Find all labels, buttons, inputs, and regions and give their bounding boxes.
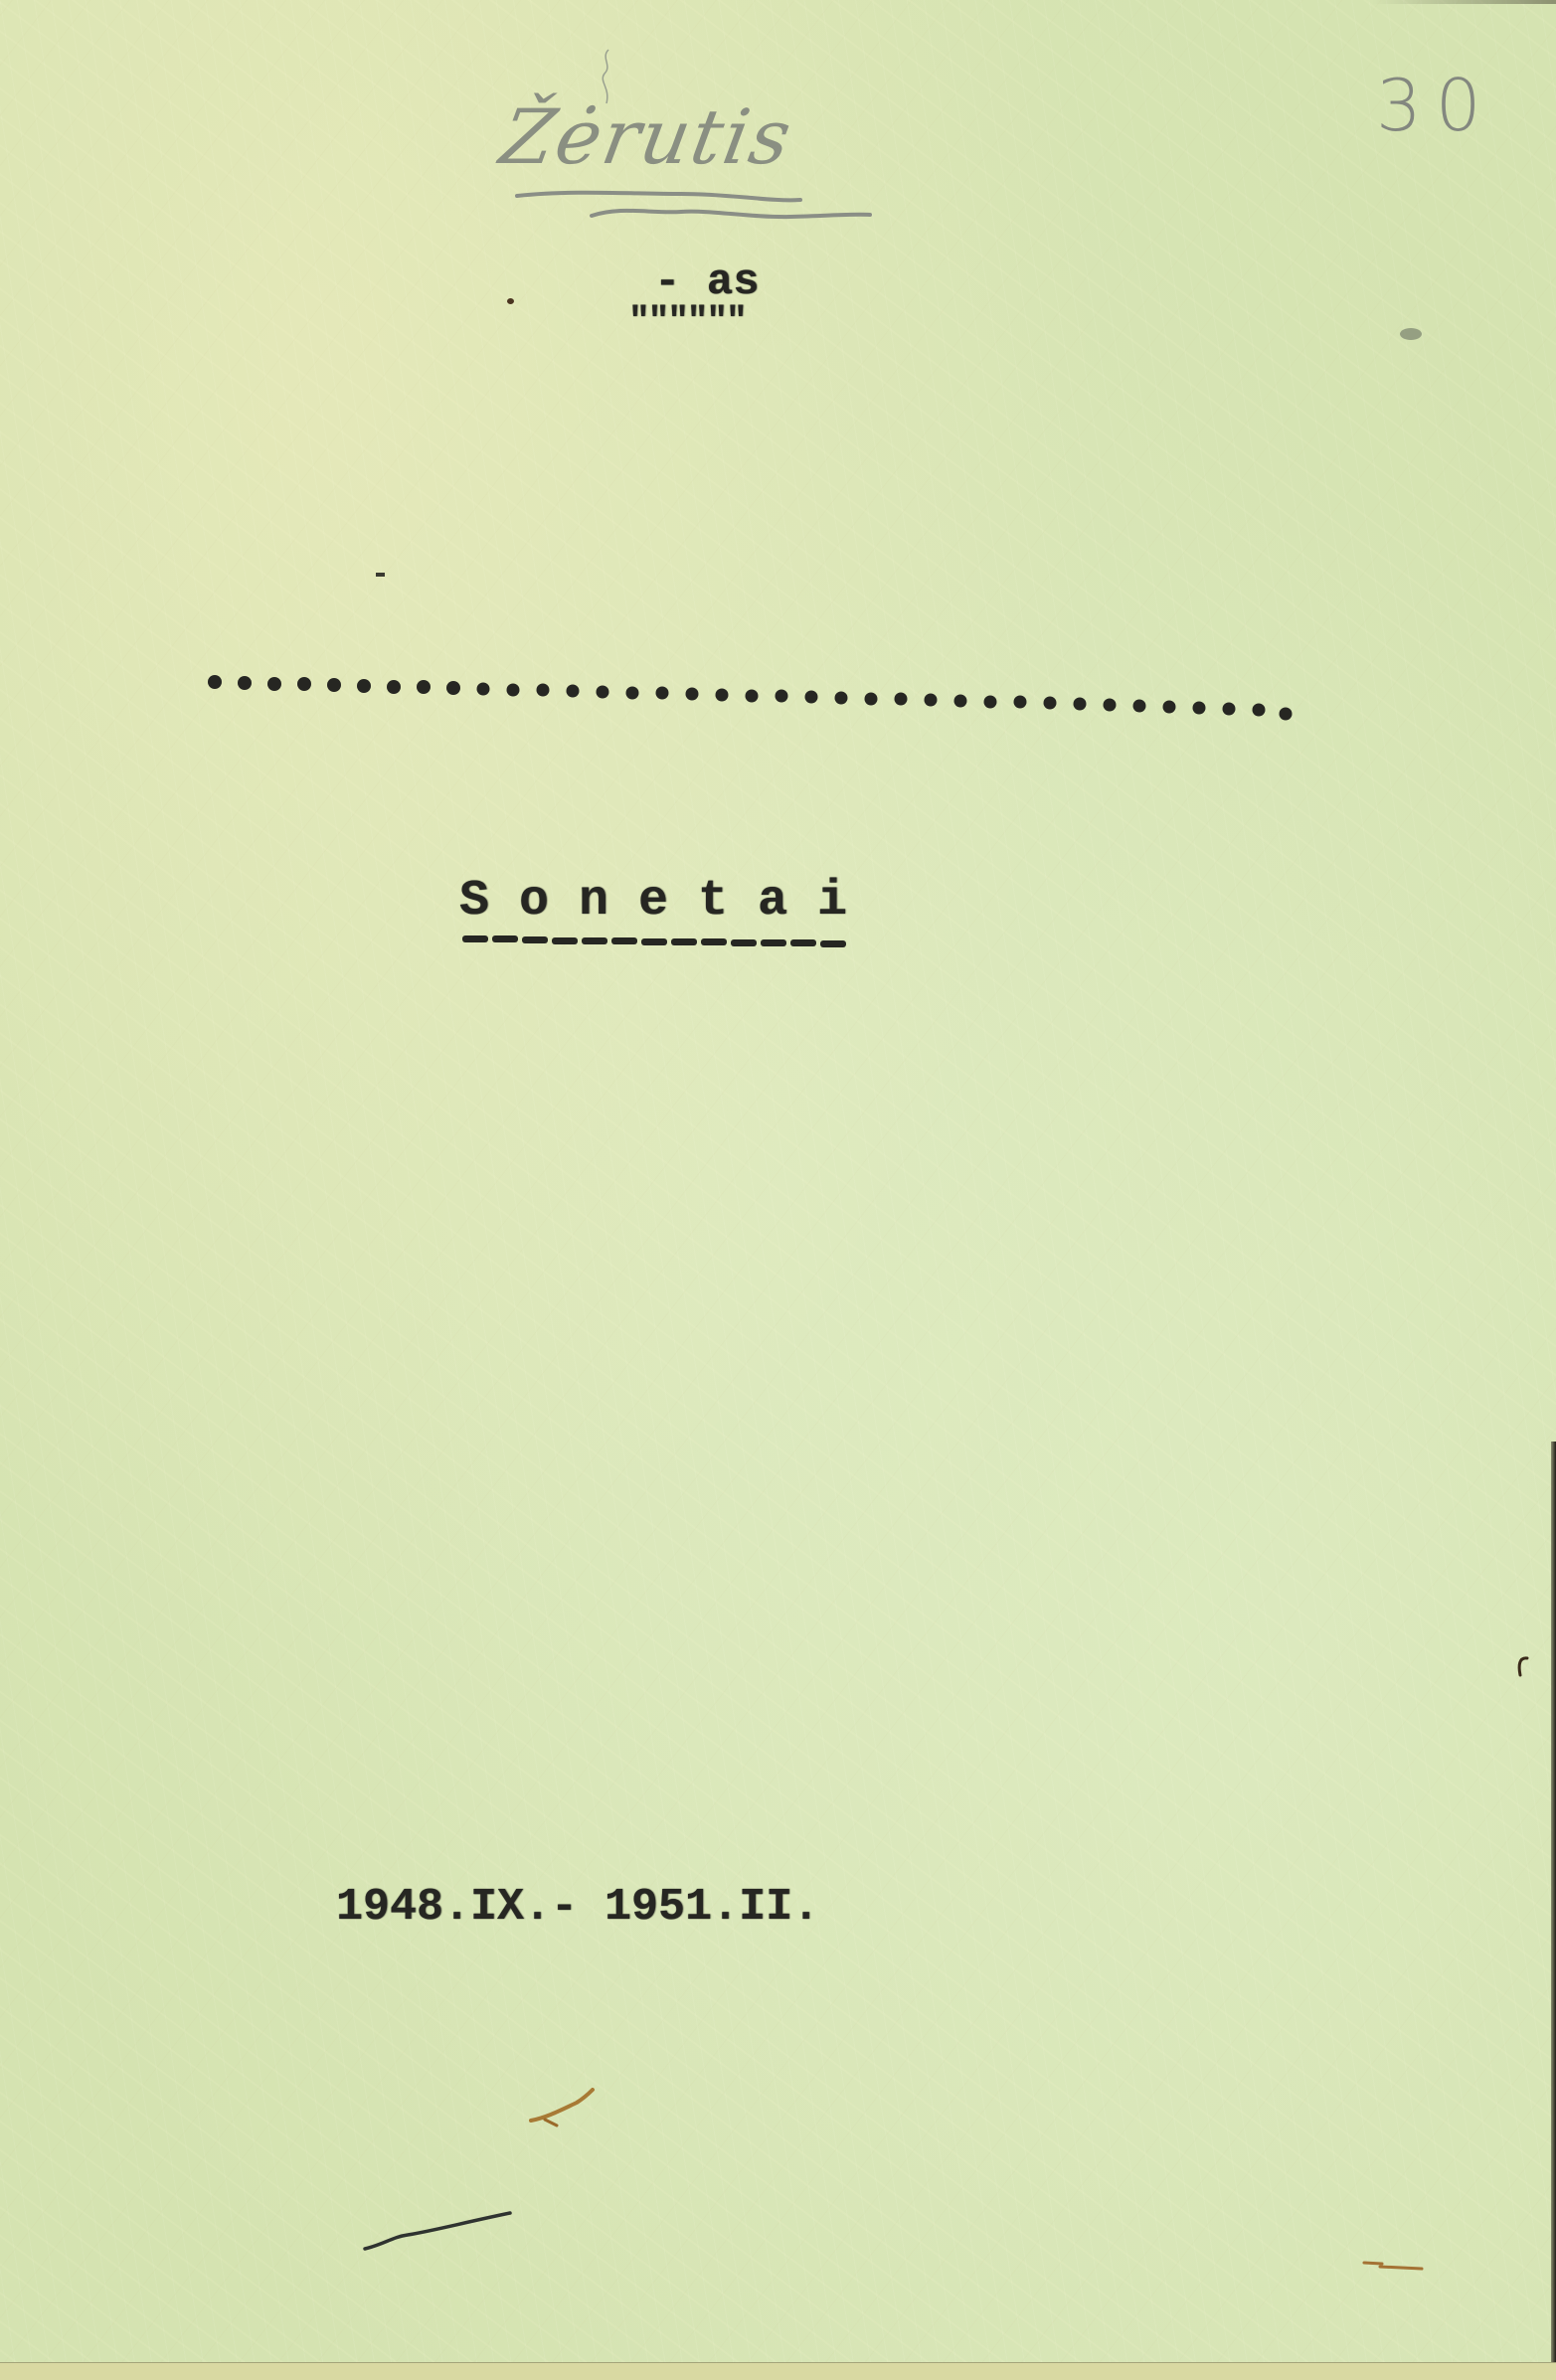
folio-number: 30 <box>1376 70 1495 141</box>
page-bottom-edge <box>0 2362 1556 2380</box>
page-top-edge <box>1372 0 1556 4</box>
pencil-squiggle <box>597 48 616 107</box>
document-title: S o n e t a i <box>459 877 847 927</box>
pencil-signature: Žėrutis <box>495 99 797 175</box>
pseudonym-underline: """""" <box>628 304 746 340</box>
signature-underline <box>512 184 875 224</box>
paper-texture <box>0 0 1556 2380</box>
manuscript-page: Žėrutis 30 - as """""" S o n e t a i <box>0 0 1556 2380</box>
title-underline <box>462 935 855 948</box>
pseudonym: - as <box>654 260 760 304</box>
page-right-edge <box>1551 1442 1556 2380</box>
rust-stain <box>1362 2257 1432 2273</box>
ink-speck <box>376 573 385 577</box>
paper-fleck <box>1516 1655 1530 1679</box>
dotted-separator <box>204 668 1297 728</box>
date-range: 1948.IX.- 1951.II. <box>336 1885 819 1930</box>
fibre-stain <box>527 2088 597 2132</box>
pencil-smudge <box>1400 328 1422 340</box>
ink-speck <box>507 298 514 304</box>
pencil-stroke <box>363 2187 522 2257</box>
